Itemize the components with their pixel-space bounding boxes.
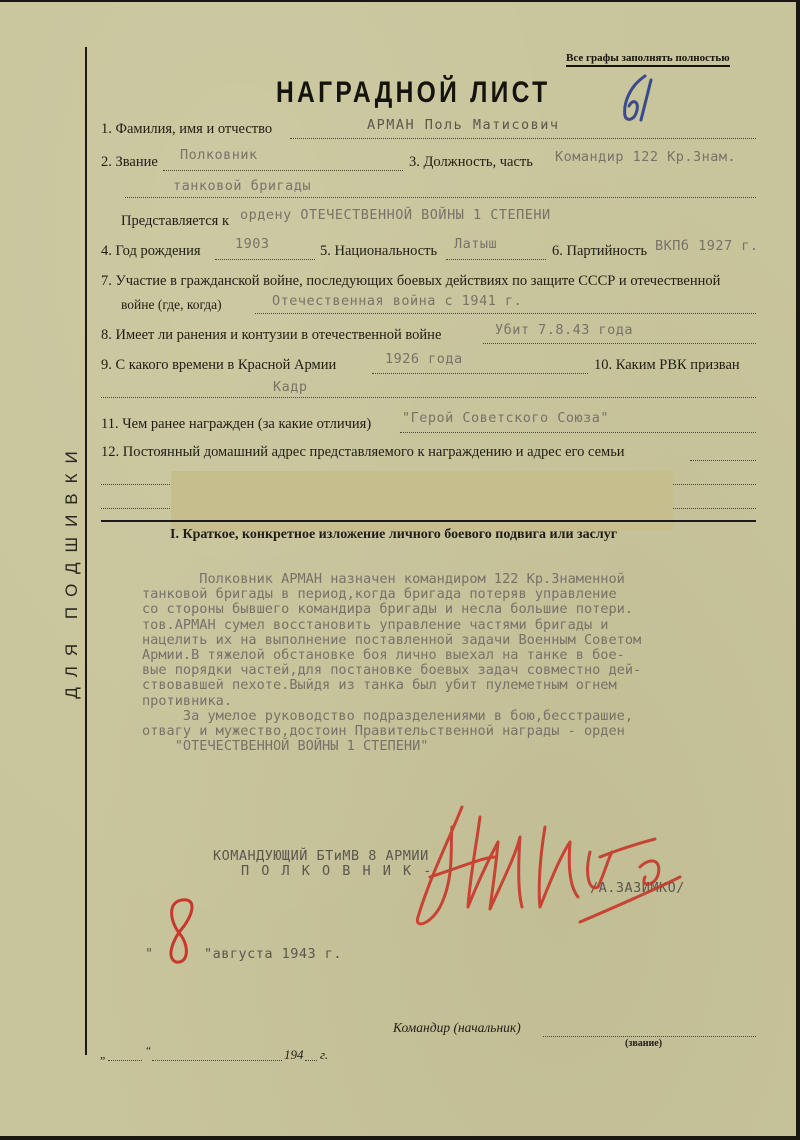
body-line: отвагу и мужество,достоин Правительствен… [142,724,641,739]
binding-label: ДЛЯ ПОДШИВКИ [60,420,84,720]
field-11-value: "Герой Советского Союза" [402,410,609,426]
body-line: За умелое руководство подразделениями в … [142,709,641,724]
field-3-value-cont: танковой бригады [173,178,311,194]
field-8-label: 8. Имеет ли ранения и контузии в отечест… [101,327,441,344]
field-3-label: 3. Должность, часть [409,154,533,171]
red-signature [400,797,690,937]
field-6-label: 6. Партийность [552,243,647,260]
body-line: Полковник АРМАН назначен командиром 122 … [142,572,641,587]
field-1-label: 1. Фамилия, имя и отчество [101,121,272,138]
field-4-value: 1903 [235,236,270,252]
body-line: тов.АРМАН сумел восстановить управление … [142,618,641,633]
field-9-label: 9. С какого времени в Красной Армии [101,357,336,374]
fill-all-fields-note: Все графы заполнять полностью [566,52,730,67]
red-date-day [162,892,202,972]
footer-year-prefix: 194 [284,1047,304,1063]
field-5-label: 5. Национальность [320,243,437,260]
redacted-address [171,471,673,531]
body-line: вые порядки частей,для постановке боевых… [142,663,641,678]
field-7-value: Отечественная война с 1941 г. [272,293,522,309]
award-sheet: ДЛЯ ПОДШИВКИ Все графы заполнять полност… [0,2,796,1136]
body-line: ствовавшей пехоте.Выйдя из танка был уби… [142,678,641,693]
field-6-value: ВКПб 1927 г. [655,238,759,254]
field-8-value: Убит 7.8.43 года [495,322,633,338]
page-title: НАГРАДНОЙ ЛИСТ [276,76,550,110]
field-7-label-cont: войне (где, когда) [121,297,222,313]
award-value: ордену ОТЕЧЕСТВЕННОЙ ВОЙНЫ 1 СТЕПЕНИ [240,207,551,223]
field-4-label: 4. Год рождения [101,243,201,260]
field-5-value: Латыш [454,236,497,252]
footer-year-suffix: г. [320,1047,328,1063]
body-line: "ОТЕЧЕСТВЕННОЙ ВОЙНЫ 1 СТЕПЕНИ" [142,739,641,754]
date-quote-open: " [145,946,154,962]
section-1-body: Полковник АРМАН назначен командиром 122 … [142,572,641,754]
field-3-value: Командир 122 Кр.Знам. [555,149,736,165]
body-line: танковой бригады в период,когда бригада … [142,587,641,602]
body-line: со стороны бывшего командира бригады и н… [142,602,641,617]
footer-date-quote: “ [146,1045,151,1057]
body-line: Армии.В тяжелой обстановке боя лично вые… [142,648,641,663]
field-10-value: Кадр [273,379,308,395]
field-7-label: 7. Участие в гражданской войне, последую… [101,273,720,290]
field-10-label: 10. Каким РВК призван [594,357,740,374]
field-1-value: АРМАН Поль Матисович [367,117,560,133]
handwritten-number-61 [615,68,675,128]
signer-position: КОМАНДУЮЩИЙ БТиМВ 8 АРМИИ [213,848,429,864]
field-9-value: 1926 года [385,351,463,367]
date-rest: "августа 1943 г. [204,946,342,962]
body-line: нацелить их на выполнение поставленной з… [142,633,641,648]
rank-label: (звание) [625,1038,662,1049]
field-2-label: 2. Звание [101,154,158,171]
binding-margin-line [85,47,87,1055]
field-11-label: 11. Чем ранее награжден (за какие отличи… [101,416,371,433]
field-12-label: 12. Постоянный домашний адрес представля… [101,444,625,461]
body-line: противника. [142,694,641,709]
section-1-heading: I. Краткое, конкретное изложение личного… [170,527,617,543]
field-2-value: Полковник [180,147,258,163]
footer-date-open: „ [100,1047,105,1062]
award-label: Представляется к [121,213,229,230]
commander-label: Командир (начальник) [393,1020,521,1036]
